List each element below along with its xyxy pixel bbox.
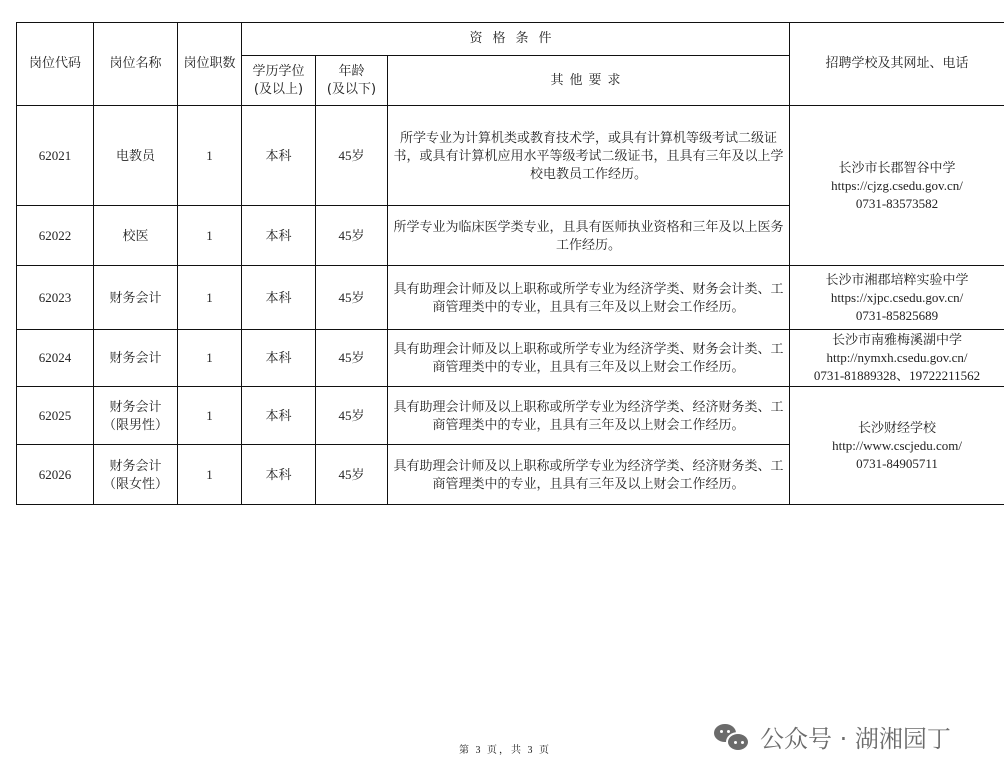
cell-school: 长沙市长郡智谷中学 https://cjzg.csedu.gov.cn/ 073… [790, 106, 1004, 266]
cell-code: 62024 [17, 330, 94, 387]
cell-count: 1 [178, 445, 242, 505]
header-age: 年龄 (及以下) [316, 56, 388, 106]
cell-count: 1 [178, 106, 242, 206]
cell-age: 45岁 [316, 106, 388, 206]
school-phone: 0731-85825689 [790, 307, 1004, 325]
cell-school: 长沙市南雅梅溪湖中学 http://nymxh.csedu.gov.cn/ 07… [790, 330, 1004, 387]
page-number: 第 3 页，共 3 页 [459, 741, 551, 756]
cell-education: 本科 [242, 206, 316, 266]
cell-requirement: 具有助理会计师及以上职称或所学专业为经济学类、财务会计类、工商管理类中的专业，且… [388, 266, 790, 330]
cell-code: 62026 [17, 445, 94, 505]
cell-school: 长沙市湘郡培粹实验中学 https://xjpc.csedu.gov.cn/ 0… [790, 266, 1004, 330]
school-phone: 0731-84905711 [790, 455, 1004, 473]
cell-code: 62023 [17, 266, 94, 330]
cell-name: 校医 [94, 206, 178, 266]
cell-requirement: 具有助理会计师及以上职称或所学专业为经济学类、经济财务类、工商管理类中的专业，且… [388, 387, 790, 445]
cell-count: 1 [178, 266, 242, 330]
table-row: 62025 财务会计 （限男性） 1 本科 45岁 具有助理会计师及以上职称或所… [17, 387, 1004, 445]
header-other: 其他要求 [388, 56, 790, 106]
cell-code: 62021 [17, 106, 94, 206]
header-code: 岗位代码 [17, 23, 94, 106]
header-name: 岗位名称 [94, 23, 178, 106]
school-name: 长沙市长郡智谷中学 [790, 159, 1004, 177]
cell-education: 本科 [242, 330, 316, 387]
school-url: http://nymxh.csedu.gov.cn/ [790, 349, 1004, 367]
school-url: https://xjpc.csedu.gov.cn/ [790, 289, 1004, 307]
table-row: 62024 财务会计 1 本科 45岁 具有助理会计师及以上职称或所学专业为经济… [17, 330, 1004, 387]
cell-age: 45岁 [316, 445, 388, 505]
cell-education: 本科 [242, 106, 316, 206]
header-qualifications: 资格条件 [242, 23, 790, 56]
cell-requirement: 具有助理会计师及以上职称或所学专业为经济学类、财务会计类、工商管理类中的专业，且… [388, 330, 790, 387]
table-row: 62021 电教员 1 本科 45岁 所学专业为计算机类或教育技术学，或具有计算… [17, 106, 1004, 206]
cell-age: 45岁 [316, 206, 388, 266]
school-phone: 0731-81889328、19722211562 [790, 367, 1004, 385]
table-row: 62023 财务会计 1 本科 45岁 具有助理会计师及以上职称或所学专业为经济… [17, 266, 1004, 330]
watermark-text: 公众号 · 湖湘园丁 [760, 719, 951, 754]
cell-age: 45岁 [316, 266, 388, 330]
cell-age: 45岁 [316, 330, 388, 387]
school-url: https://cjzg.csedu.gov.cn/ [790, 177, 1004, 195]
cell-name: 财务会计 （限女性） [94, 445, 178, 505]
cell-name: 财务会计 （限男性） [94, 387, 178, 445]
school-url: http://www.cscjedu.com/ [790, 437, 1004, 455]
header-education: 学历学位 (及以上) [242, 56, 316, 106]
school-name: 长沙市南雅梅溪湖中学 [790, 331, 1004, 349]
cell-code: 62025 [17, 387, 94, 445]
cell-education: 本科 [242, 266, 316, 330]
cell-requirement: 具有助理会计师及以上职称或所学专业为经济学类、经济财务类、工商管理类中的专业，且… [388, 445, 790, 505]
header-count: 岗位职数 [178, 23, 242, 106]
cell-count: 1 [178, 330, 242, 387]
school-phone: 0731-83573582 [790, 195, 1004, 213]
cell-count: 1 [178, 206, 242, 266]
cell-requirement: 所学专业为临床医学类专业，且具有医师执业资格和三年及以上医务工作经历。 [388, 206, 790, 266]
header-school: 招聘学校及其网址、电话 [790, 23, 1004, 106]
cell-school: 长沙财经学校 http://www.cscjedu.com/ 0731-8490… [790, 387, 1004, 505]
cell-name: 电教员 [94, 106, 178, 206]
cell-code: 62022 [17, 206, 94, 266]
cell-education: 本科 [242, 387, 316, 445]
cell-age: 45岁 [316, 387, 388, 445]
cell-name: 财务会计 [94, 330, 178, 387]
recruitment-table: 岗位代码 岗位名称 岗位职数 资格条件 招聘学校及其网址、电话 学历学位 (及以… [16, 22, 1004, 505]
cell-requirement: 所学专业为计算机类或教育技术学，或具有计算机等级考试二级证书，或具有计算机应用水… [388, 106, 790, 206]
school-name: 长沙财经学校 [790, 419, 1004, 437]
cell-name: 财务会计 [94, 266, 178, 330]
school-name: 长沙市湘郡培粹实验中学 [790, 271, 1004, 289]
watermark: 公众号 · 湖湘园丁 [714, 719, 951, 754]
cell-count: 1 [178, 387, 242, 445]
wechat-icon [714, 722, 752, 752]
cell-education: 本科 [242, 445, 316, 505]
